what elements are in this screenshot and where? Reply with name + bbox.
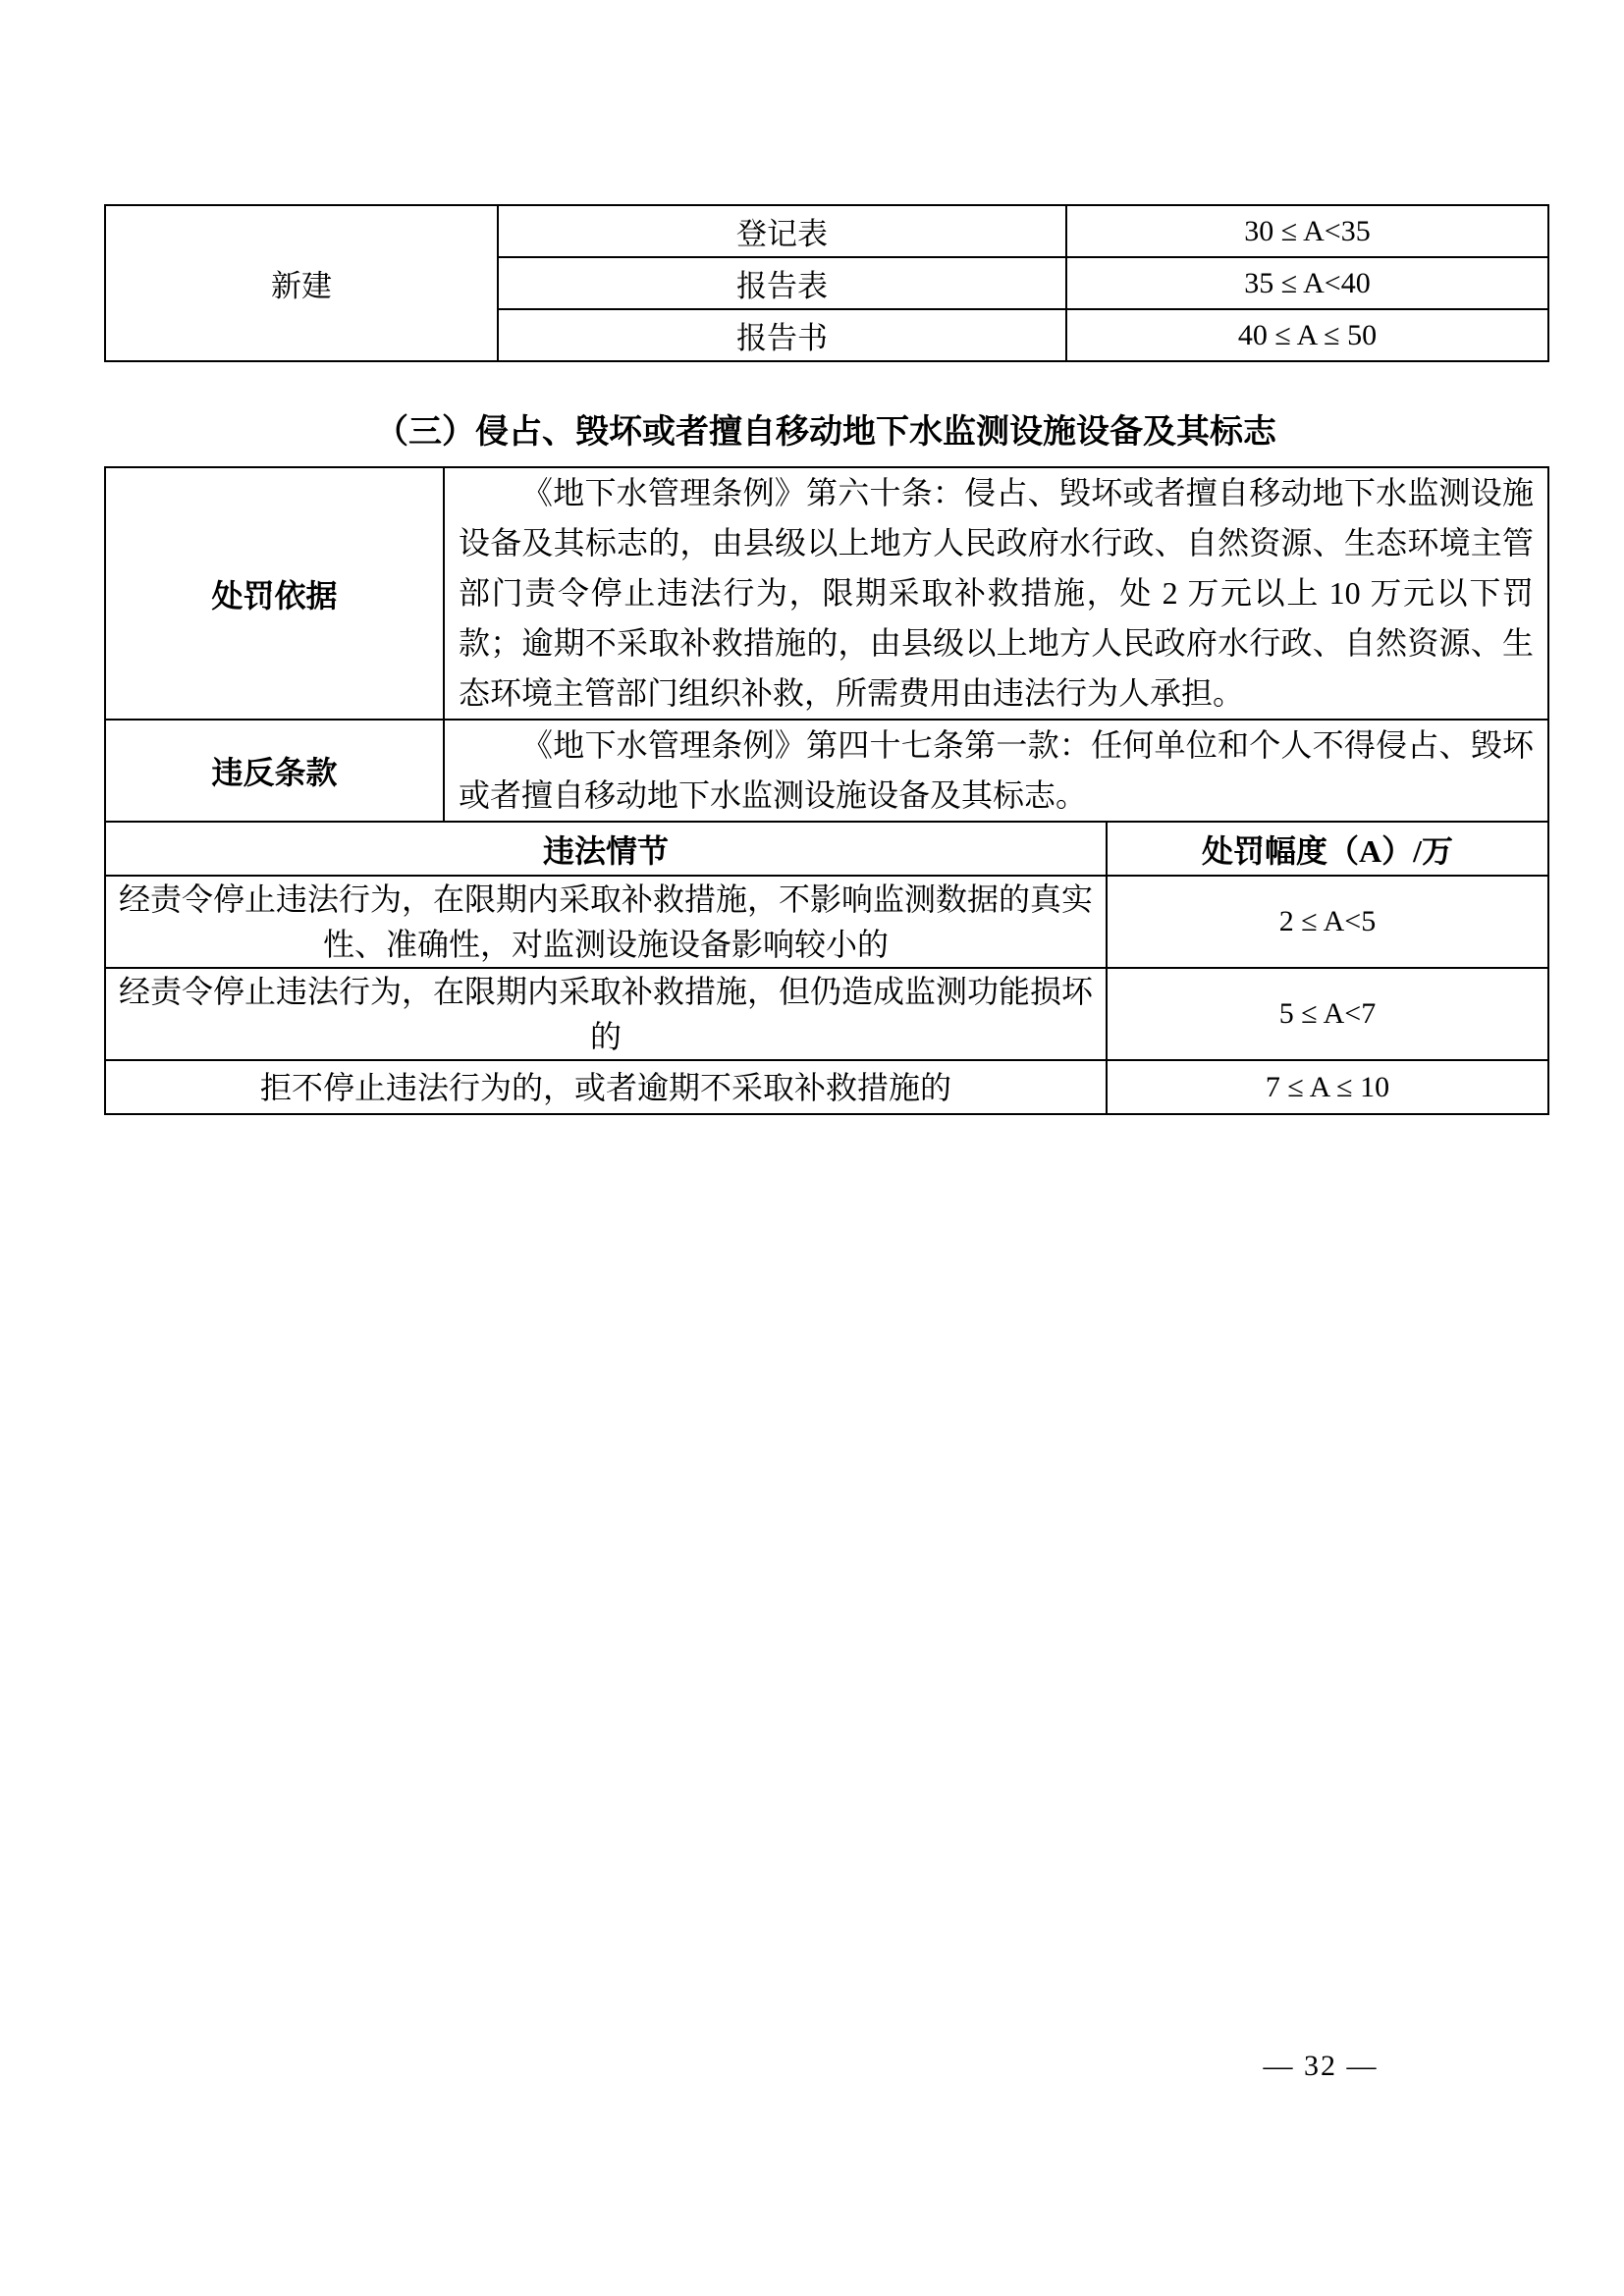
violation-row: 经责令停止违法行为，在限期内采取补救措施，不影响监测数据的真实性、准确性，对监测… xyxy=(105,876,1548,968)
document-page: 新建 登记表 30 ≤ A<35 报告表 35 ≤ A<40 报告书 40 ≤ … xyxy=(0,0,1624,2296)
amount-range-cell: 35 ≤ A<40 xyxy=(1066,257,1548,309)
violated-clause-text-cell: 《地下水管理条例》第四十七条第一款：任何单位和个人不得侵占、毁坏或者擅自移动地下… xyxy=(444,720,1548,822)
page-content: 新建 登记表 30 ≤ A<35 报告表 35 ≤ A<40 报告书 40 ≤ … xyxy=(104,204,1547,1115)
penalty-basis-row: 处罚依据 《地下水管理条例》第六十条：侵占、毁坏或者擅自移动地下水监测设施设备及… xyxy=(105,467,1548,720)
violation-row: 经责令停止违法行为，在限期内采取补救措施，但仍造成监测功能损坏的 5 ≤ A<7 xyxy=(105,968,1548,1060)
violated-clause-label-cell: 违反条款 xyxy=(105,720,444,822)
penalty-basis-text-cell: 《地下水管理条例》第六十条：侵占、毁坏或者擅自移动地下水监测设施设备及其标志的，… xyxy=(444,467,1548,720)
document-type-cell: 报告书 xyxy=(498,309,1066,361)
penalty-standard-table: 处罚依据 《地下水管理条例》第六十条：侵占、毁坏或者擅自移动地下水监测设施设备及… xyxy=(104,466,1549,1115)
penalty-header-cell: 处罚幅度（A）/万 xyxy=(1107,822,1548,876)
penalty-range-cell: 5 ≤ A<7 xyxy=(1107,968,1548,1060)
penalty-basis-label-cell: 处罚依据 xyxy=(105,467,444,720)
violated-clause-row: 违反条款 《地下水管理条例》第四十七条第一款：任何单位和个人不得侵占、毁坏或者擅… xyxy=(105,720,1548,822)
document-type-cell: 登记表 xyxy=(498,205,1066,257)
project-type-cell: 新建 xyxy=(105,205,498,361)
penalty-range-cell: 2 ≤ A<5 xyxy=(1107,876,1548,968)
document-type-cell: 报告表 xyxy=(498,257,1066,309)
page-number: — 32 — xyxy=(1124,2050,1517,2083)
violation-cell: 拒不停止违法行为的，或者逾期不采取补救措施的 xyxy=(105,1060,1107,1114)
table-row: 新建 登记表 30 ≤ A<35 xyxy=(105,205,1548,257)
amount-range-cell: 40 ≤ A ≤ 50 xyxy=(1066,309,1548,361)
violation-cell: 经责令停止违法行为，在限期内采取补救措施，不影响监测数据的真实性、准确性，对监测… xyxy=(105,876,1107,968)
violation-header-cell: 违法情节 xyxy=(105,822,1107,876)
section-heading: （三）侵占、毁坏或者擅自移动地下水监测设施设备及其标志 xyxy=(104,411,1547,454)
amount-range-cell: 30 ≤ A<35 xyxy=(1066,205,1548,257)
violation-cell: 经责令停止违法行为，在限期内采取补救措施，但仍造成监测功能损坏的 xyxy=(105,968,1107,1060)
violation-row: 拒不停止违法行为的，或者逾期不采取补救措施的 7 ≤ A ≤ 10 xyxy=(105,1060,1548,1114)
column-header-row: 违法情节 处罚幅度（A）/万 xyxy=(105,822,1548,876)
new-construction-table: 新建 登记表 30 ≤ A<35 报告表 35 ≤ A<40 报告书 40 ≤ … xyxy=(104,204,1549,362)
penalty-range-cell: 7 ≤ A ≤ 10 xyxy=(1107,1060,1548,1114)
